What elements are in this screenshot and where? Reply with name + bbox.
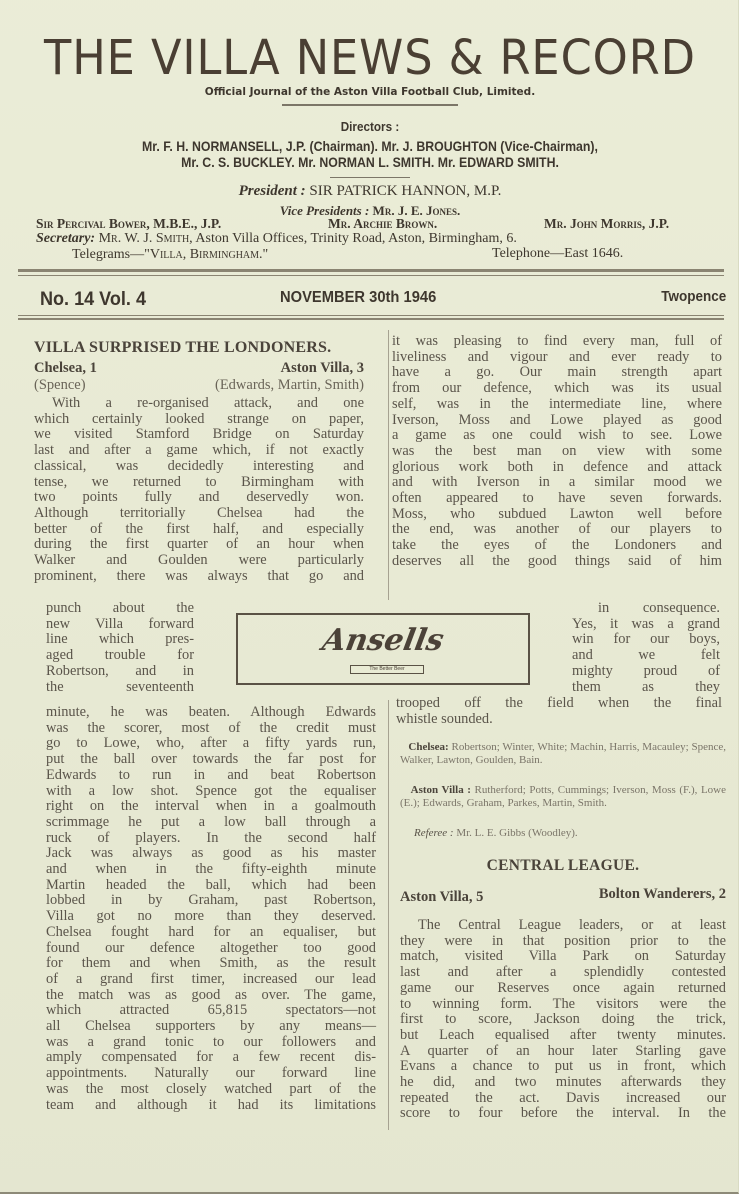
chelsea-lineup: Chelsea: Robertson; Winter, White; Machi…: [400, 741, 726, 766]
text-line: Edwards to run in and beat Robertson: [46, 768, 376, 784]
vice-president: Mr. Archie Brown.: [328, 216, 437, 232]
text-line: better of the first half, and especially: [34, 522, 364, 538]
home-scorers: (Spence): [34, 377, 86, 394]
text-line: Evans a chance to put us in front, which: [400, 1059, 726, 1075]
issue-price: Twopence: [661, 288, 726, 305]
text-line: line which pres-: [46, 632, 194, 648]
text-line: Yes, it was a grand: [572, 617, 720, 633]
column-divider: [388, 330, 389, 600]
secretary-name: Mr. W. J. Smith,: [99, 231, 193, 246]
secretary-line: Secretary: Mr. W. J. Smith, Aston Villa …: [36, 231, 736, 247]
text-line: self, was in the intermediate line, wher…: [392, 397, 722, 413]
issue-bar: No. 14 Vol. 4 NOVEMBER 30th 1946 Twopenc…: [40, 289, 730, 311]
text-line: The Central League leaders, or at least: [400, 918, 726, 934]
text-line: them as they: [572, 680, 720, 696]
text-line: Villa got no more than they deserved.: [46, 909, 376, 925]
directors-line-1: Mr. F. H. NORMANSELL, J.P. (Chairman). M…: [44, 138, 695, 154]
text-line: which attracted 65,815 spectators—not: [46, 1003, 376, 1019]
article-body-wrap-left: punch about thenew Villa forwardline whi…: [46, 601, 194, 695]
telephone: Telephone—East 1646.: [492, 246, 623, 262]
text-line: whistle sounded.: [396, 712, 722, 728]
text-line: have a go. Our main strength apart: [392, 365, 722, 381]
text-line: first to score, Jackson doing the trick,: [400, 1012, 726, 1028]
text-line: deserves all the good things said of him: [392, 554, 722, 570]
masthead-title: THE VILLA NEWS & RECORD: [26, 30, 714, 86]
text-line: Robertson, and in: [46, 664, 194, 680]
column-divider: [388, 700, 389, 1130]
text-line: to winning form. The visitors were the: [400, 997, 726, 1013]
chelsea-players: Robertson; Winter, White; Machin, Harris…: [400, 741, 726, 766]
text-line: was the best man on view with some: [392, 444, 722, 460]
text-line: with a low shot. Spence got the equalise…: [46, 784, 376, 800]
text-line: Walker and Goulden were particularly: [34, 553, 364, 569]
directors-label: Directors :: [37, 119, 703, 134]
rule: [18, 269, 724, 272]
chelsea-label: Chelsea:: [408, 741, 448, 753]
telegrams-line: Telegrams—"Villa, Birmingham.": [72, 247, 268, 263]
text-line: last and after a splendidly contested: [400, 965, 726, 981]
text-line: punch about the: [46, 601, 194, 617]
text-line: lobbed in by Graham, past Robertson,: [46, 893, 376, 909]
issue-date: NOVEMBER 30th 1946: [280, 289, 436, 307]
divider: [330, 177, 410, 178]
text-line: was the scorer, most of the credit must: [46, 721, 376, 737]
text-line: match, visited Villa Park on Saturday: [400, 949, 726, 965]
villa-lineup: Aston Villa : Rutherford; Potts, Cumming…: [400, 784, 726, 809]
text-line: in consequence.: [572, 601, 720, 617]
villa-label: Aston Villa :: [411, 784, 471, 796]
text-line: team and although it had its limitations: [46, 1098, 376, 1114]
text-line: Martin headed the ball, which had been: [46, 878, 376, 894]
text-line: Iverson, Moss and Lowe played as good: [392, 413, 722, 429]
text-line: was the most closely watched part of the: [46, 1082, 376, 1098]
ad-brand-logo: Ansells: [235, 623, 531, 658]
text-line: With a re-organised attack, and one: [34, 396, 364, 412]
vice-president: Mr. John Morris, J.P.: [544, 216, 669, 232]
text-line: the seventeenth: [46, 680, 194, 696]
away-scorers: (Edwards, Martin, Smith): [180, 377, 364, 394]
text-line: put the ball over towards the far post f…: [46, 752, 376, 768]
text-line: ruck of players. In the second half: [46, 831, 376, 847]
text-line: aged trouble for: [46, 648, 194, 664]
text-line: found our defence altogether too good: [46, 941, 376, 957]
article-body-left-continued: minute, he was beaten. Although Edwardsw…: [46, 705, 376, 1113]
secretary-address: Aston Villa Offices, Trinity Road, Aston…: [195, 231, 516, 246]
newspaper-page: THE VILLA NEWS & RECORD Official Journal…: [0, 0, 739, 1194]
text-line: a game as one could wish to see. Lowe: [392, 428, 722, 444]
ad-tagline: The Better Beer: [350, 665, 424, 674]
text-line: all Chelsea supporters by any means—: [46, 1019, 376, 1035]
text-line: and with Iverson in a similar mood we: [392, 475, 722, 491]
away-team-score: Aston Villa, 3: [254, 360, 364, 377]
text-line: during the first quarter of an hour when: [34, 537, 364, 553]
text-line: Moss, who subdued Lawton well before: [392, 507, 722, 523]
central-away-score: Bolton Wanderers, 2: [548, 886, 726, 903]
text-line: go to Lowe, who, after a fifty yards run…: [46, 736, 376, 752]
text-line: two points fully and deservedly won.: [34, 490, 364, 506]
text-line: trooped off the field when the final: [396, 696, 722, 712]
vice-president: Sir Percival Bower, M.B.E., J.P.: [36, 216, 221, 232]
text-line: prominent, there was always that go and: [34, 569, 364, 585]
text-line: they were in that position prior to the: [400, 934, 726, 950]
issue-number: No. 14 Vol. 4: [40, 289, 146, 311]
text-line: game our Reserves once again returned: [400, 981, 726, 997]
article-body-right: it was pleasing to find every man, full …: [392, 334, 722, 570]
text-line: of a grand first timer, increased our le…: [46, 972, 376, 988]
article-body-left: With a re-organised attack, and onewhich…: [34, 396, 364, 584]
text-line: it was pleasing to find every man, full …: [392, 334, 722, 350]
text-line: A quarter of an hour later Starling gave: [400, 1044, 726, 1060]
referee-line: Referee : Mr. L. E. Gibbs (Woodley).: [414, 827, 578, 839]
rule: [18, 318, 724, 320]
text-line: and when in the fifty-eighth minute: [46, 862, 376, 878]
text-line: Although territorially Chelsea had the: [34, 506, 364, 522]
text-line: right on the interval when in a goalmout…: [46, 799, 376, 815]
text-line: Jack was always as good as his master: [46, 846, 376, 862]
president-line: President : SIR PATRICK HANNON, M.P.: [0, 183, 740, 200]
president-label: President :: [239, 183, 306, 199]
text-line: often appeared to have seven forwards.: [392, 491, 722, 507]
referee-label: Referee :: [414, 827, 454, 839]
text-line: liveliness and vigour and ever ready to: [392, 350, 722, 366]
text-line: tense, we returned to Birmingham with: [34, 475, 364, 491]
rule: [18, 315, 724, 316]
text-line: appointments. Naturally our forward line: [46, 1066, 376, 1082]
article-headline: VILLA SURPRISED THE LONDONERS.: [34, 339, 331, 357]
text-line: the end, was another of our players to: [392, 522, 722, 538]
text-line: the match was as good as over. The game,: [46, 988, 376, 1004]
text-line: and we felt: [572, 648, 720, 664]
directors-line-2: Mr. C. S. BUCKLEY. Mr. NORMAN L. SMITH. …: [44, 154, 695, 170]
text-line: glorious work both in defence and attack: [392, 460, 722, 476]
divider: [282, 104, 458, 106]
text-line: which certainly looked strange on paper,: [34, 412, 364, 428]
home-team-score: Chelsea, 1: [34, 360, 97, 377]
text-line: was a grand tonic to our followers and: [46, 1035, 376, 1051]
text-line: score to four before the interval. In th…: [400, 1106, 726, 1122]
article-body-right-continued: trooped off the field when the finalwhis…: [396, 696, 722, 727]
telegrams-value: Villa, Birmingham.": [150, 247, 268, 262]
text-line: classical, was decidedly interesting and: [34, 459, 364, 475]
ansells-advertisement: Ansells The Better Beer: [236, 613, 530, 685]
text-line: win for our boys,: [572, 632, 720, 648]
text-line: for them and when Smith, as the result: [46, 956, 376, 972]
article-body-wrap-right: in consequence.Yes, it was a grandwin fo…: [572, 601, 720, 695]
text-line: scrimmage he put a low ball through a: [46, 815, 376, 831]
telegrams-label: Telegrams—": [72, 247, 150, 262]
text-line: we visited Stamford Bridge on Saturday: [34, 427, 364, 443]
text-line: new Villa forward: [46, 617, 194, 633]
text-line: from our defence, which was its usual: [392, 381, 722, 397]
central-league-headline: CENTRAL LEAGUE.: [400, 857, 726, 875]
referee-name: Mr. L. E. Gibbs (Woodley).: [456, 827, 577, 839]
rule: [18, 275, 724, 276]
president-name: SIR PATRICK HANNON, M.P.: [309, 183, 501, 199]
text-line: he did, and two minutes afterwards they: [400, 1075, 726, 1091]
masthead-subtitle: Official Journal of the Aston Villa Foot…: [0, 86, 740, 98]
text-line: take the eyes of the Londoners and: [392, 538, 722, 554]
text-line: Chelsea fought hard for an equaliser, bu…: [46, 925, 376, 941]
text-line: last and after a game which, if not exac…: [34, 443, 364, 459]
central-home-score: Aston Villa, 5: [400, 889, 483, 906]
text-line: mighty proud of: [572, 664, 720, 680]
text-line: amply compensated for a few recent dis-: [46, 1050, 376, 1066]
text-line: but Leach equalised after twenty minutes…: [400, 1028, 726, 1044]
central-league-body: The Central League leaders, or at leastt…: [400, 918, 726, 1122]
text-line: minute, he was beaten. Although Edwards: [46, 705, 376, 721]
secretary-label: Secretary:: [36, 231, 95, 246]
text-line: repeated the act. Davis increased our: [400, 1091, 726, 1107]
